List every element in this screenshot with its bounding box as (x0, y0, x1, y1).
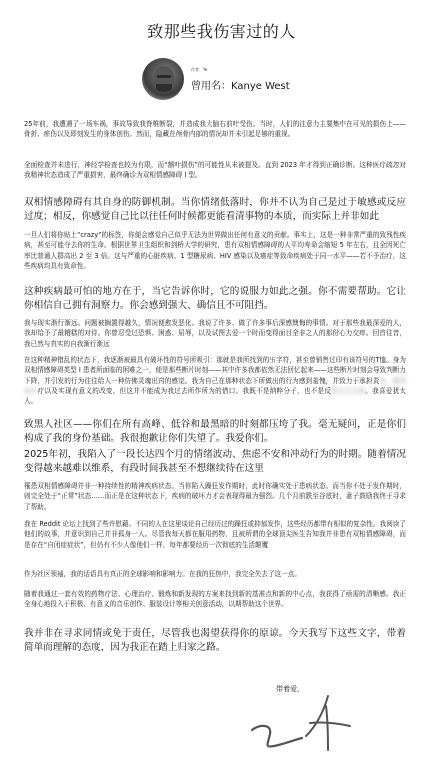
paragraph-drifting-away: 我与现实渐行渐远。问题被搁置得越久，情况便愈发恶化。我说了许多、做了许多事后深感… (24, 318, 406, 349)
paragraph-reddit: 我在 Reddit 论坛上找到了些许慰藉。不同的人在这里谈论自己经历过的躁狂或抑… (24, 519, 406, 550)
author-block: 作者：Ye 曾用名：Kanye West (142, 57, 290, 101)
author-former-name: 曾用名：Kanye West (191, 77, 290, 92)
obscured-text-2: 犹太主义者 (331, 387, 365, 395)
portrait-beard-icon (156, 84, 172, 92)
letter-title: 致那些我伤害过的人 (0, 19, 443, 42)
paragraph-forgiveness: 我并非在寻求同情或免于责任，尽管我也渴望获得你的原谅。今天我写下这些文字，带着简… (24, 627, 406, 654)
letter-page: 致那些我伤害过的人 作者：Ye 曾用名：Kanye West 25年前，我遭遇了… (0, 0, 443, 766)
paragraph-accident: 25年前，我遭遇了一场车祸，事故导致我脊椎断裂，并造成我大脑右前叶受伤。当时，人… (24, 119, 406, 140)
symbol-text-before: 在这种精神错乱的状态下，我逐渐被最具有破坏性的符号所吸引：那就是我所找到的卐字符… (24, 356, 406, 385)
avatar (142, 58, 184, 100)
paragraph-community-leader: 作为社区领袖，我的话语具有真正的全球影响和影响力。在我的狂热中，我完全失去了这一… (24, 569, 406, 579)
paragraph-early-2025: 2025年初，我陷入了一段长达四个月的情绪波动、焦虑不安和冲动行为的时期。随着情… (24, 448, 406, 475)
author-meta: 作者：Ye 曾用名：Kanye West (191, 67, 290, 92)
paragraph-recovery: 随着我通过一套有效的药物疗法、心理治疗、锻炼和新发现的方案来找到新的基准点和新的… (24, 589, 406, 610)
paragraph-crazy-label: 一旦人们将你贴上“crazy”的标签，你便会感觉自己似乎无法为世界做出任何有意义… (24, 230, 406, 271)
paragraph-not-continuous: 罹患双相情感障碍并非一种持续性的精神疾病状态。当你陷入躁狂发作期时，此时你确实处… (24, 481, 406, 512)
paragraph-symbol: 在这种精神错乱的状态下，我逐渐被最具有破坏性的符号所吸引：那就是我所找到的卐字符… (24, 355, 406, 406)
symbol-text-after-1: 疗以及实现有意义的改变。但这并不能成为我过去所作所为的借口。我既不是纳粹分子，也… (38, 387, 332, 395)
author-byline: 作者：Ye (191, 67, 290, 73)
handwritten-signature-icon (250, 688, 360, 754)
paragraph-black-community: 致黑人社区——你们在所有高峰、低谷和最黑暗的时刻都压垮了我。毫无疑问，正是你们构… (24, 418, 406, 445)
paragraph-defense-mechanism: 双相情感障碍有其自身的防御机制。当你情绪低落时，你并不认为自己是过于敏感或反应过… (24, 196, 406, 223)
paragraph-diagnosis: 全面检查并未进行，神经学检查也较为有限，而“额叶损伤”的可能性从未被提及。直到 … (24, 160, 406, 181)
paragraph-scariest-part: 这种疾病最可怕的地方在于，当它告诉你时，它的说服力如此之强。你不需要帮助。它让你… (24, 285, 406, 312)
portrait-eyes-icon (157, 75, 171, 78)
